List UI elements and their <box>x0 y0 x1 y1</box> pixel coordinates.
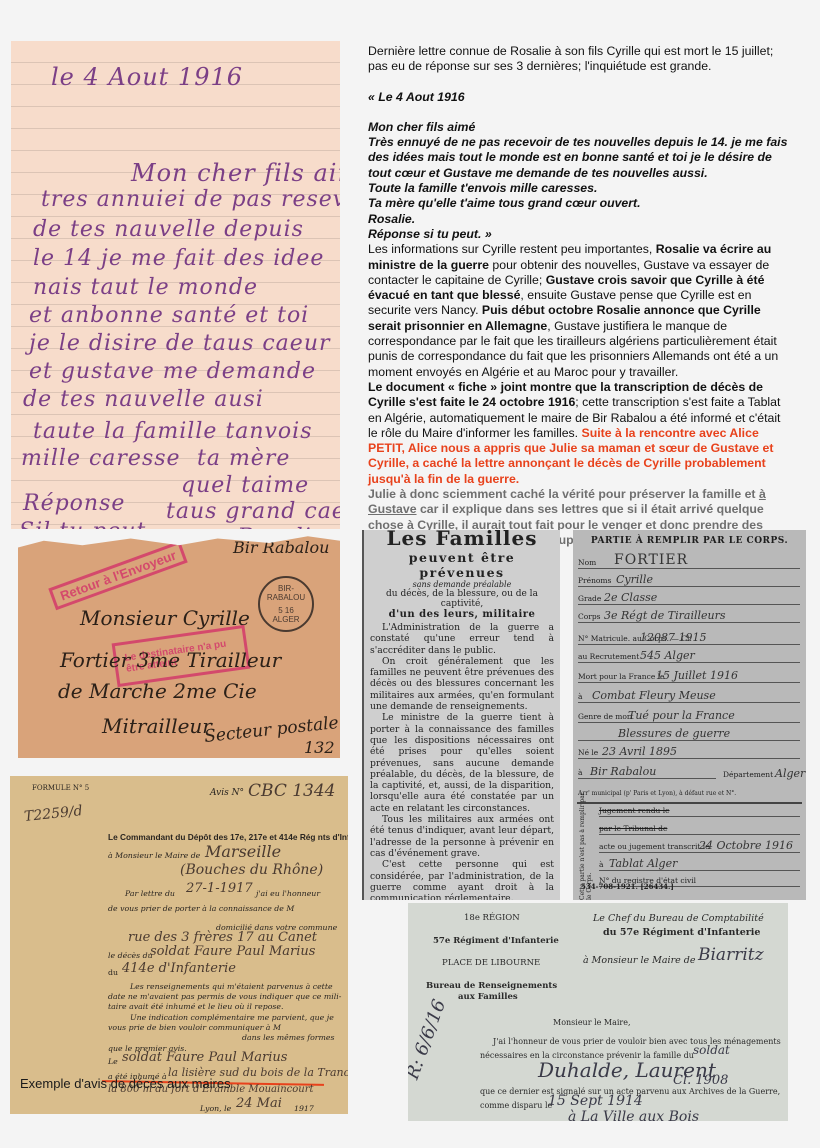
notice-paragraph-line: date ne m'avaient pas permis de vous ind… <box>108 992 341 1001</box>
form-row-departement: Département Alger <box>723 762 800 780</box>
clipping-title: Les Familles <box>364 530 560 550</box>
lettre-suite: j'ai eu l'honneur <box>256 889 320 898</box>
form-value: 15 Juillet 1916 <box>656 669 738 682</box>
form-value: Blessures de guerre <box>618 727 730 740</box>
form-label: au Recrutement <box>578 652 639 661</box>
intro-paragraph: Dernière lettre connue de Rosalie à son … <box>368 44 788 75</box>
letter-transcription-line: Réponse si tu peut. » <box>368 227 788 242</box>
form-row: Grade2e Classe <box>578 586 800 605</box>
avis-number-label: Avis N° <box>210 788 244 798</box>
form-label: Département <box>723 770 773 779</box>
clipping-paragraph: Tous les militaires aux armées ont été t… <box>370 814 554 859</box>
letter-body-line: J'ai l'honneur de vous prier de vouloir … <box>493 1037 781 1046</box>
lettre-label: Par lettre du <box>125 889 175 898</box>
form-row: par le Tribunal de <box>599 816 800 835</box>
newspaper-clipping-image: Les Familles peuvent être prévenues sans… <box>362 530 560 900</box>
maire-label: à Monsieur le Maire de <box>108 851 200 860</box>
form-value: FORTIER <box>614 552 688 568</box>
du-label: du <box>108 968 118 977</box>
maire-city: Biarritz <box>698 945 764 965</box>
form-row: Jugement rendu le <box>599 798 800 817</box>
letter-transcription-line: Mon cher fils aimé <box>368 120 788 135</box>
letter-line: le 14 je me fait des idee <box>33 246 324 271</box>
letter-line: taute la famille tanvois <box>33 419 313 444</box>
context-paragraph: Les informations sur Cyrille restent peu… <box>368 242 788 380</box>
form-label: Né le <box>578 748 598 757</box>
letter-transcription-line: Toute la famille t'envois mille caresses… <box>368 181 788 196</box>
letter-date-handwritten: le 4 Aout 1916 <box>51 63 243 91</box>
disparu-lieu: à La Ville aux Bois <box>568 1109 699 1121</box>
grade-value: soldat <box>693 1043 730 1057</box>
letter-line: Sil tu peut <box>19 519 146 529</box>
notice-paragraph-line: Les renseignements qui m'étaient parvenu… <box>130 982 333 991</box>
notice-line: de vous prier de porter à la connaissanc… <box>108 904 294 913</box>
form-row: Blessures de guerre <box>578 722 800 741</box>
formule-number: FORMULE N° 5 <box>32 784 89 792</box>
letter-line: et gustave me demande <box>29 359 316 384</box>
clipping-subtitle: peuvent être prévenues <box>364 550 560 580</box>
envelope-origin: Bir Rabalou <box>233 538 329 557</box>
form-label: Genre de mort <box>578 712 634 721</box>
bureau-label: Bureau de Renseignements <box>426 981 557 991</box>
form-label: Grade <box>578 594 601 603</box>
death-notice-image: FORMULE N° 5 Avis N° CBC 1344 T2259/d Le… <box>10 776 348 1114</box>
form-row: Corps3e Régt de Tirailleurs <box>578 604 800 623</box>
envelope-address-line: de Marche 2me Cie <box>58 679 257 703</box>
annee: 1917 <box>294 1104 314 1113</box>
letter-line: taus grand caeur <box>166 499 340 524</box>
le-label: Le <box>108 1057 118 1066</box>
form-label: Corps <box>578 612 601 621</box>
form-value: 23 Avril 1895 <box>602 745 677 758</box>
deces-value: soldat Faure Paul Marius <box>150 944 315 959</box>
letter-line: je le disire de taus caeur <box>29 331 331 356</box>
notice-paragraph-line: taire avait été inhumé et le lieu où il … <box>108 1002 283 1011</box>
letter-line: de tes nauvelle depuis <box>33 217 304 242</box>
clipping-line: du décès, de la blessure, ou de la capti… <box>364 589 560 609</box>
commandant-heading: Le Commandant du Dépôt des 17e, 217e et … <box>108 832 348 842</box>
letter-line: et anbonne santé et toi <box>29 303 309 328</box>
letter-line: Réponse <box>23 491 125 516</box>
form-footer: 534-708-1921. [26434.] <box>581 882 674 891</box>
notice-paragraph-line: Une indication complémentaire me parvien… <box>130 1013 334 1022</box>
form-label: par le Tribunal de <box>599 824 667 833</box>
le-value: soldat Faure Paul Marius <box>122 1050 287 1065</box>
envelope-address-line: Monsieur Cyrille <box>80 606 250 630</box>
return-to-sender-stamp: Retour à l'Envoyeur <box>48 541 188 611</box>
clipping-paragraph: Le ministre de la guerre tient à porter … <box>370 712 554 814</box>
postmark-town: BIR-RABALOU <box>260 584 312 602</box>
margin-note: R: 6/6/16 <box>408 997 450 1082</box>
form-row: Né le23 Avril 1895 <box>578 740 800 759</box>
form-value: Combat Fleury Meuse <box>592 689 716 702</box>
regiment-value: 414e d'Infanterie <box>122 961 236 976</box>
lettre-date: 27-1-1917 <box>186 881 253 896</box>
form-label: Prénoms <box>578 576 611 585</box>
lieu-date-value: 24 Mai <box>236 1096 282 1111</box>
letter-line: ta mère <box>197 446 290 471</box>
letter-line: tres annuiei de pas resevoir <box>41 187 340 212</box>
region-label: 18e RÉGION <box>464 913 520 923</box>
form-label: Nom <box>578 558 596 567</box>
postmark-region: ALGER <box>260 615 312 624</box>
death-record-form-image: PARTIE À REMPLIR PAR LE CORPS. NomFORTIE… <box>573 530 806 900</box>
maire-city: Marseille <box>205 842 281 861</box>
form-row: Mort pour la France le15 Juillet 1916 <box>578 664 800 683</box>
envelope-image: Bir Rabalou Retour à l'Envoyeur BIR-RABA… <box>18 534 340 758</box>
soldier-class: Cl. 1908 <box>673 1073 728 1088</box>
salutation: Monsieur le Maire, <box>553 1018 631 1027</box>
form-label: Arr' municipal (p' Paris et Lyon), à déf… <box>578 790 736 797</box>
handwritten-letter-image: le 4 Aout 1916 Mon cher fils aime tres a… <box>11 41 340 529</box>
form-row: N° Matricule. au Corps. — Cl.12087 1915 <box>578 626 800 645</box>
regiment-label: 57e Régiment d'Infanterie <box>433 936 559 946</box>
form-row: PrénomsCyrille <box>578 568 800 587</box>
form-value: Cyrille <box>616 573 653 586</box>
form-row: au Recrutement545 Alger <box>578 644 800 663</box>
form-value: 12087 1915 <box>640 631 706 644</box>
notice-paragraph-line: vous prie de bien vouloir communiquer à … <box>108 1023 281 1032</box>
form-value: 3e Régt de Tirailleurs <box>604 609 726 622</box>
maire-label: à Monsieur le Maire de <box>583 955 695 966</box>
chef-regiment: du 57e Régiment d'Infanterie <box>603 927 760 938</box>
letter-line: quel taime <box>181 473 309 498</box>
form-row: àCombat Fleury Meuse <box>578 684 800 703</box>
place-label: PLACE DE LIBOURNE <box>442 958 540 968</box>
clipping-note: sans demande préalable <box>364 580 560 589</box>
form-row: Arr' municipal (p' Paris et Lyon), à déf… <box>578 780 800 798</box>
envelope-address-line: Mitrailleur <box>102 714 212 738</box>
form-row: acte ou jugement transcrit le24 Octobre … <box>599 834 800 853</box>
bureau-label-2: aux Familles <box>458 992 518 1002</box>
letter-date-transcription: « Le 4 Aout 1916 <box>368 90 788 105</box>
postmark-date: 5 16 <box>260 606 312 615</box>
letter-line: mille caresse <box>21 446 181 471</box>
form-value: Alger <box>775 767 805 780</box>
maire-department: (Bouches du Rhône) <box>180 862 323 878</box>
clipping-paragraph: C'est cette personne qui est considérée,… <box>370 859 554 900</box>
form-header: PARTIE À REMPLIR PAR LE CORPS. <box>573 536 806 546</box>
form-row: àBir Rabalou <box>578 760 716 779</box>
letter-line: ouver Rosalie <box>161 525 326 529</box>
postmark: BIR-RABALOU 5 16 ALGER <box>258 576 314 632</box>
clipping-paragraph: L'Administration de la guerre a constaté… <box>370 622 554 656</box>
image-caption: Exemple d'avis de décès aux maires <box>20 1076 231 1091</box>
letter-transcription-line: Ta mère qu'elle t'aime tous grand cœur o… <box>368 196 788 211</box>
envelope-address-line: Fortier 3me Tirailleur <box>60 648 281 672</box>
narrative-text: Dernière lettre connue de Rosalie à son … <box>368 44 788 548</box>
letter-transcription-line: Très ennuyé de ne pas recevoir de tes no… <box>368 135 788 181</box>
disparu-date: 15 Sept 1914 <box>548 1093 643 1109</box>
form-value: 545 Alger <box>640 649 695 662</box>
family-notification-letter-image: 18e RÉGION 57e Régiment d'Infanterie PLA… <box>408 903 788 1121</box>
lieu-date-label: Lyon, le <box>200 1104 231 1113</box>
reference-number: T2259/d <box>23 803 83 825</box>
clipping-line: d'un des leurs, militaire <box>364 609 560 620</box>
document-paragraph: Le document « fiche » joint montre que l… <box>368 380 788 548</box>
letter-line: Mon cher fils aime <box>131 159 340 187</box>
form-label: acte ou jugement transcrit le <box>599 842 710 851</box>
form-value: Tué pour la France <box>628 709 735 722</box>
address-value: rue des 3 frères 17 au Canet <box>128 930 317 945</box>
form-label: à <box>578 692 582 701</box>
form-row: Genre de mortTué pour la France <box>578 704 800 723</box>
deces-label: le décès du <box>108 951 153 960</box>
clipping-paragraph: On croit généralement que les familles n… <box>370 656 554 712</box>
form-label: Jugement rendu le <box>599 806 670 815</box>
letter-transcription-line: Rosalie. <box>368 212 788 227</box>
grey-span: Julie à donc sciemment caché la vérité p… <box>368 487 759 501</box>
letter-line: nais taut le monde <box>33 275 258 300</box>
form-row: NomFORTIER <box>578 550 800 569</box>
form-value: Bir Rabalou <box>590 765 656 778</box>
notice-paragraph-line: dans les mêmes formes <box>242 1033 335 1042</box>
form-value: 24 Octobre 1916 <box>699 839 793 852</box>
text-span: Les informations sur Cyrille restent peu… <box>368 242 656 256</box>
chef-heading: Le Chef du Bureau de Comptabilité <box>593 913 764 924</box>
form-label: Mort pour la France le <box>578 672 665 681</box>
letter-body-line: comme disparu le <box>480 1101 552 1110</box>
letter-line: de tes nauvelle ausi <box>23 387 264 412</box>
form-label: à <box>578 768 582 777</box>
avis-number-value: CBC 1344 <box>248 781 336 801</box>
form-value: 2e Classe <box>604 591 657 604</box>
envelope-address-line: 132 <box>304 738 335 757</box>
clipping-body: L'Administration de la guerre a constaté… <box>364 622 560 900</box>
